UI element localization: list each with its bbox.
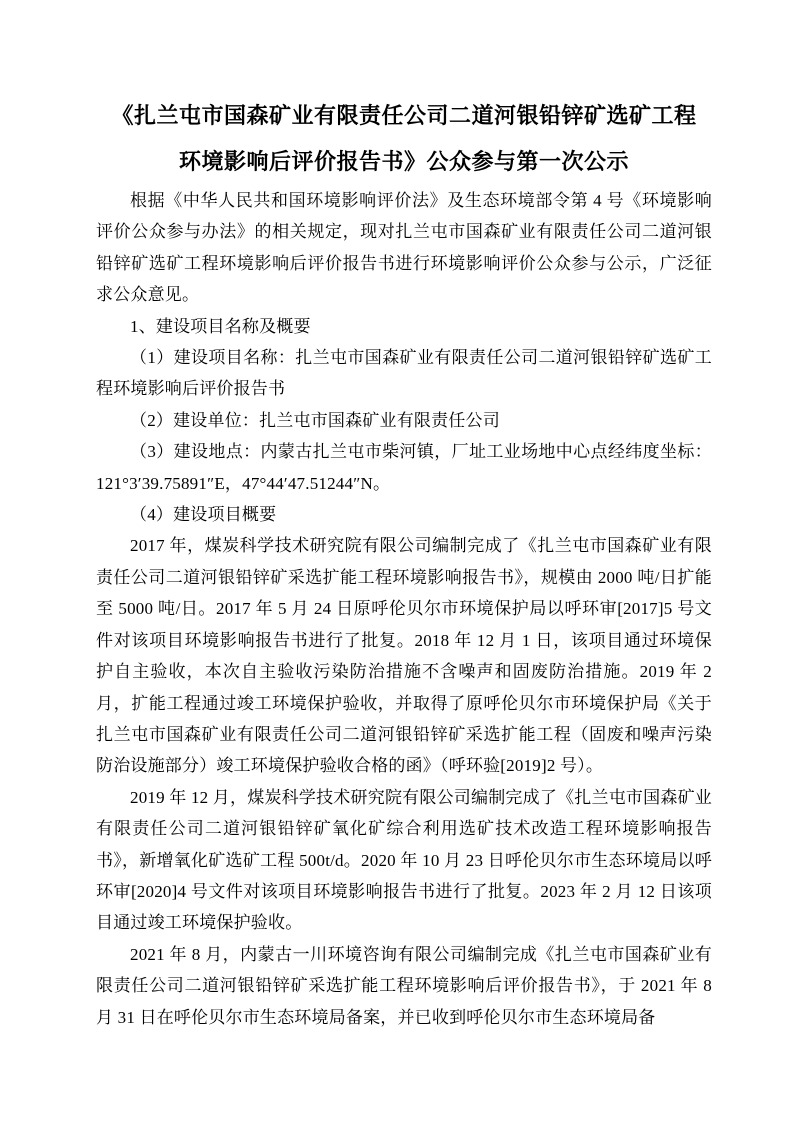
item-3-construction-location: （3）建设地点：内蒙古扎兰屯市柴河镇，厂址工业场地中心点经纬度坐标：121°3′…	[96, 436, 712, 499]
paragraph-history-2017: 2017 年，煤炭科学技术研究院有限公司编制完成了《扎兰屯市国森矿业有限责任公司…	[96, 530, 712, 781]
document-page: 《扎兰屯市国森矿业有限责任公司二道河银铅锌矿选矿工程 环境影响后评价报告书》公众…	[0, 0, 807, 1141]
document-title: 《扎兰屯市国森矿业有限责任公司二道河银铅锌矿选矿工程 环境影响后评价报告书》公众…	[96, 93, 712, 185]
document-body: 根据《中华人民共和国环境影响评价法》及生态环境部令第 4 号《环境影响评价公众参…	[96, 185, 712, 1033]
section-heading-project-name-overview: 1、建设项目名称及概要	[96, 311, 712, 342]
item-2-construction-unit: （2）建设单位：扎兰屯市国森矿业有限责任公司	[96, 405, 712, 436]
document-title-line-2: 环境影响后评价报告书》公众参与第一次公示	[96, 139, 712, 185]
item-4-project-overview-heading: （4）建设项目概要	[96, 499, 712, 530]
paragraph-history-2019: 2019 年 12 月，煤炭科学技术研究院有限公司编制完成了《扎兰屯市国森矿业有…	[96, 782, 712, 939]
document-title-line-1: 《扎兰屯市国森矿业有限责任公司二道河银铅锌矿选矿工程	[96, 93, 712, 139]
paragraph-history-2021: 2021 年 8 月，内蒙古一川环境咨询有限公司编制完成《扎兰屯市国森矿业有限责…	[96, 939, 712, 1033]
item-1-project-name: （1）建设项目名称：扎兰屯市国森矿业有限责任公司二道河银铅锌矿选矿工程环境影响后…	[96, 342, 712, 405]
paragraph-legal-basis: 根据《中华人民共和国环境影响评价法》及生态环境部令第 4 号《环境影响评价公众参…	[96, 185, 712, 311]
